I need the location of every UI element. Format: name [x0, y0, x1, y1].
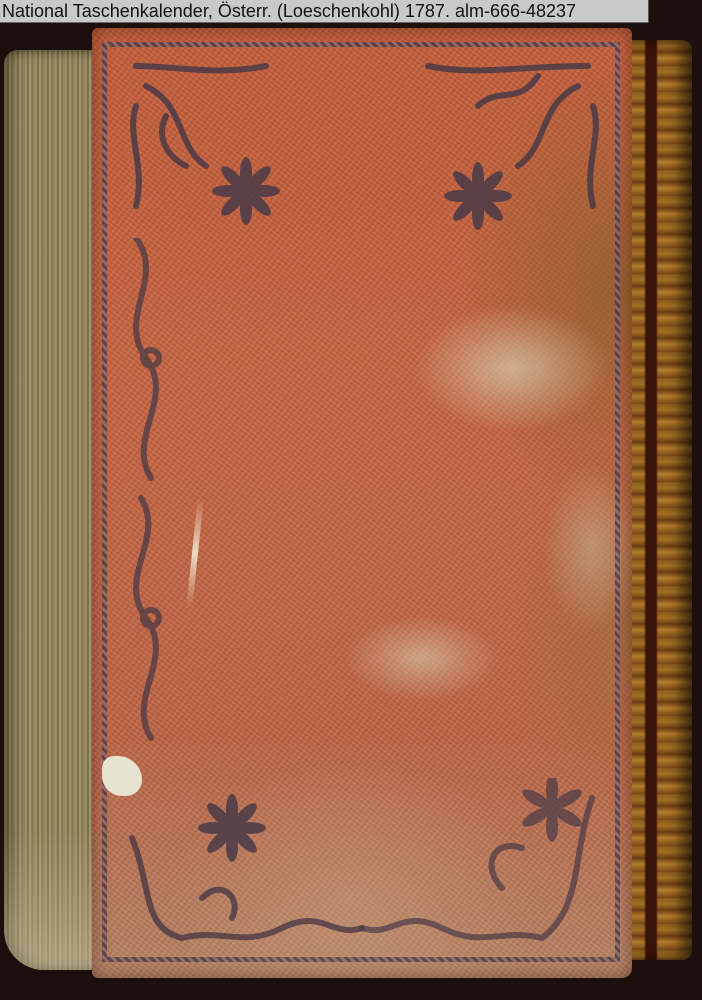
bottom-left-ornament-icon [112, 778, 372, 958]
photo-stage: National Taschenkalender, Österr. (Loesc… [0, 0, 702, 1000]
page-block-fore-edge [4, 50, 104, 970]
image-caption: National Taschenkalender, Österr. (Loesc… [0, 0, 649, 23]
book-cover [92, 28, 632, 978]
top-left-ornament-icon [106, 46, 306, 246]
torn-corner-patch [102, 756, 142, 796]
rope-border-frame [102, 42, 620, 962]
book-photograph [0, 0, 702, 1000]
top-right-ornament-icon [418, 46, 618, 246]
bottom-right-ornament-icon [352, 778, 612, 958]
left-border-scroll-icon [106, 238, 176, 798]
worn-crack [186, 498, 203, 608]
